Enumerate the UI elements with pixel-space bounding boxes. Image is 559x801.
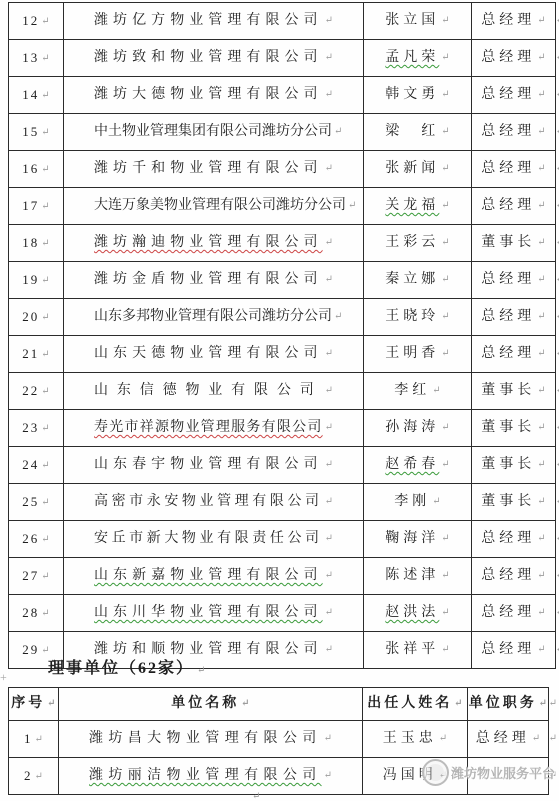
company-name-cell: 安丘市新大物业有限责任公司↵ bbox=[63, 521, 363, 557]
company-name-cell: 山东天德物业管理有限公司↵ bbox=[63, 336, 363, 372]
row-number-cell: 27↵ bbox=[9, 558, 63, 594]
header-serial-number: 序号↵ bbox=[9, 688, 58, 720]
cell-end-mark-icon: ↵ bbox=[537, 496, 545, 507]
row-number-cell: 1↵ bbox=[9, 721, 58, 757]
table-row: 16↵潍坊千和物业管理有限公司↵张新闻↵总经理↵↵ bbox=[9, 150, 555, 187]
person-name-cell: 赵希春↵ bbox=[363, 447, 471, 483]
table-row: 15↵中土物业管理集团有限公司潍坊分公司↵梁 红↵总经理↵↵ bbox=[9, 113, 555, 150]
cell-end-mark-icon: ↵ bbox=[41, 275, 49, 286]
row-end-mark-icon: ↵ bbox=[556, 447, 559, 483]
table-row: 17↵大连万象美物业管理有限公司潍坊分公司↵关龙福↵总经理↵↵ bbox=[9, 187, 555, 224]
row-end-mark-icon: ↵ bbox=[556, 114, 559, 150]
cell-end-mark-icon: ↵ bbox=[334, 126, 342, 137]
watermark-text: 潍坊物业服务平台 bbox=[451, 763, 555, 782]
cell-end-mark-icon: ↵ bbox=[325, 607, 333, 618]
position-cell: 总经理↵ bbox=[471, 40, 555, 76]
row-end-mark-icon: ↵ bbox=[556, 558, 559, 594]
row-end-mark-icon: ↵ bbox=[556, 595, 559, 631]
row-number-cell: 25↵ bbox=[9, 484, 63, 520]
table-row: 18↵潍坊瀚迪物业管理有限公司↵王彩云↵董事长↵↵ bbox=[9, 224, 555, 261]
position-cell: 董事长↵ bbox=[471, 225, 555, 261]
company-name-cell: 潍坊亿方物业管理有限公司↵ bbox=[63, 3, 363, 39]
row-end-mark-icon: ↵ bbox=[556, 3, 559, 39]
table-row: 20↵山东多邦物业管理有限公司潍坊分公司↵王晓玲↵总经理↵↵ bbox=[9, 298, 555, 335]
person-name-cell: 孙海涛↵ bbox=[363, 410, 471, 446]
table-row: 22↵山东信德物业有限公司↵李红↵董事长↵↵ bbox=[9, 372, 555, 409]
cell-end-mark-icon: ↵ bbox=[441, 459, 449, 470]
position-cell: 董事长↵ bbox=[471, 373, 555, 409]
cell-end-mark-icon: ↵ bbox=[537, 570, 545, 581]
cell-end-mark-icon: ↵ bbox=[454, 698, 462, 709]
company-name-cell: 潍坊丽洁物业管理有限公司↵ bbox=[58, 758, 362, 794]
person-name-cell: 王玉忠↵ bbox=[362, 721, 467, 757]
cell-end-mark-icon: ↵ bbox=[325, 52, 333, 63]
cell-end-mark-icon: ↵ bbox=[41, 238, 49, 249]
person-name-cell: 关龙福↵ bbox=[363, 188, 471, 224]
row-end-mark-icon: ↵ bbox=[556, 484, 559, 520]
cell-end-mark-icon: ↵ bbox=[441, 89, 449, 100]
person-name-cell: 陈述津↵ bbox=[363, 558, 471, 594]
position-cell: 总经理↵ bbox=[471, 336, 555, 372]
section-title-line: 理事单位（62家）↵ bbox=[48, 656, 205, 682]
cell-end-mark-icon: ↵ bbox=[325, 237, 333, 248]
row-number-cell: 20↵ bbox=[9, 299, 63, 335]
person-name-cell: 王明香↵ bbox=[363, 336, 471, 372]
cell-end-mark-icon: ↵ bbox=[325, 89, 333, 100]
cell-end-mark-icon: ↵ bbox=[441, 533, 449, 544]
cell-end-mark-icon: ↵ bbox=[537, 422, 545, 433]
cell-end-mark-icon: ↵ bbox=[41, 349, 49, 360]
company-name-cell: 高密市永安物业管理有限公司↵ bbox=[63, 484, 363, 520]
cell-end-mark-icon: ↵ bbox=[537, 163, 545, 174]
row-end-mark-icon: ↵ bbox=[556, 40, 559, 76]
table-row: 14↵潍坊大德物业管理有限公司↵韩文勇↵总经理↵↵ bbox=[9, 76, 555, 113]
header-unit-name: 单位名称↵ bbox=[58, 688, 362, 720]
cell-end-mark-icon: ↵ bbox=[41, 127, 49, 138]
cell-end-mark-icon: ↵ bbox=[441, 274, 449, 285]
row-number-cell: 15↵ bbox=[9, 114, 63, 150]
company-name-cell: 大连万象美物业管理有限公司潍坊分公司↵ bbox=[63, 188, 363, 224]
cell-end-mark-icon: ↵ bbox=[537, 607, 545, 618]
cell-end-mark-icon: ↵ bbox=[537, 311, 545, 322]
table-row: 13↵潍坊致和物业管理有限公司↵孟凡荣↵总经理↵↵ bbox=[9, 39, 555, 76]
cell-end-mark-icon: ↵ bbox=[325, 533, 333, 544]
cell-end-mark-icon: ↵ bbox=[41, 423, 49, 434]
cell-end-mark-icon: ↵ bbox=[441, 607, 449, 618]
table-row: 1↵潍坊昌大物业管理有限公司↵王玉忠↵总经理↵↵ bbox=[9, 720, 548, 757]
cell-end-mark-icon: ↵ bbox=[41, 386, 49, 397]
cell-end-mark-icon: ↵ bbox=[441, 570, 449, 581]
row-number-cell: 14↵ bbox=[9, 77, 63, 113]
cell-end-mark-icon: ↵ bbox=[439, 733, 447, 744]
cell-end-mark-icon: ↵ bbox=[325, 385, 333, 396]
cell-end-mark-icon: ↵ bbox=[537, 15, 545, 26]
cell-end-mark-icon: ↵ bbox=[441, 348, 449, 359]
row-number-cell: 22↵ bbox=[9, 373, 63, 409]
cell-end-mark-icon: ↵ bbox=[532, 733, 540, 744]
position-cell: 总经理↵ bbox=[471, 595, 555, 631]
cell-end-mark-icon: ↵ bbox=[432, 385, 440, 396]
cell-end-mark-icon: ↵ bbox=[432, 496, 440, 507]
cell-end-mark-icon: ↵ bbox=[41, 571, 49, 582]
cell-end-mark-icon: ↵ bbox=[441, 163, 449, 174]
row-end-mark-icon: ↵ bbox=[549, 721, 557, 757]
cell-end-mark-icon: ↵ bbox=[537, 200, 545, 211]
row-end-mark-icon: ↵ bbox=[556, 77, 559, 113]
cell-end-mark-icon: ↵ bbox=[441, 422, 449, 433]
cell-end-mark-icon: ↵ bbox=[537, 126, 545, 137]
cell-end-mark-icon: ↵ bbox=[35, 771, 43, 782]
table-row: 26↵安丘市新大物业有限责任公司↵鞠海洋↵总经理↵↵ bbox=[9, 520, 555, 557]
cell-end-mark-icon: ↵ bbox=[41, 90, 49, 101]
person-name-cell: 李红↵ bbox=[363, 373, 471, 409]
cell-end-mark-icon: ↵ bbox=[324, 733, 332, 744]
cell-end-mark-icon: ↵ bbox=[537, 348, 545, 359]
cell-end-mark-icon: ↵ bbox=[537, 52, 545, 63]
position-cell: 董事长↵ bbox=[471, 447, 555, 483]
cell-end-mark-icon: ↵ bbox=[41, 201, 49, 212]
row-end-mark-icon: ↵ bbox=[556, 299, 559, 335]
member-units-table: 12↵潍坊亿方物业管理有限公司↵张立国↵总经理↵↵13↵潍坊致和物业管理有限公司… bbox=[8, 2, 556, 669]
cell-end-mark-icon: ↵ bbox=[41, 608, 49, 619]
cell-end-mark-icon: ↵ bbox=[325, 422, 333, 433]
cell-end-mark-icon: ↵ bbox=[537, 274, 545, 285]
cell-end-mark-icon: ↵ bbox=[441, 15, 449, 26]
watermark: 潍坊物业服务平台 bbox=[422, 759, 555, 786]
company-name-cell: 潍坊千和物业管理有限公司↵ bbox=[63, 151, 363, 187]
row-number-cell: 28↵ bbox=[9, 595, 63, 631]
cell-end-mark-icon: ↵ bbox=[41, 645, 49, 656]
cell-end-mark-icon: ↵ bbox=[537, 459, 545, 470]
position-cell: 总经理↵ bbox=[471, 262, 555, 298]
platform-logo-icon bbox=[422, 759, 449, 786]
row-end-mark-icon: ↵ bbox=[556, 336, 559, 372]
company-name-cell: 山东川华物业管理有限公司↵ bbox=[63, 595, 363, 631]
cell-end-mark-icon: ↵ bbox=[537, 237, 545, 248]
table-row: 23↵寿光市祥源物业管理服务有限公司↵孙海涛↵董事长↵↵ bbox=[9, 409, 555, 446]
cell-end-mark-icon: ↵ bbox=[325, 459, 333, 470]
row-number-cell: 19↵ bbox=[9, 262, 63, 298]
position-cell: 总经理↵ bbox=[471, 521, 555, 557]
cell-end-mark-icon: ↵ bbox=[325, 496, 333, 507]
cell-end-mark-icon: ↵ bbox=[325, 274, 333, 285]
header-appointee-name: 出任人姓名↵ bbox=[362, 688, 467, 720]
person-name-cell: 张祥平↵ bbox=[363, 632, 471, 668]
cell-end-mark-icon: ↵ bbox=[441, 200, 449, 211]
row-end-mark-icon: ↵ bbox=[556, 521, 559, 557]
person-name-cell: 王晓玲↵ bbox=[363, 299, 471, 335]
cell-end-mark-icon: ↵ bbox=[441, 311, 449, 322]
row-number-cell: 21↵ bbox=[9, 336, 63, 372]
row-number-cell: 24↵ bbox=[9, 447, 63, 483]
company-name-cell: 潍坊瀚迪物业管理有限公司↵ bbox=[63, 225, 363, 261]
cell-end-mark-icon: ↵ bbox=[325, 348, 333, 359]
position-cell: 总经理↵ bbox=[471, 632, 555, 668]
person-name-cell: 秦立娜↵ bbox=[363, 262, 471, 298]
position-cell: 总经理↵ bbox=[471, 558, 555, 594]
position-cell: 总经理↵ bbox=[471, 299, 555, 335]
table-row: 19↵潍坊金盾物业管理有限公司↵秦立娜↵总经理↵↵ bbox=[9, 261, 555, 298]
company-name-cell: 潍坊大德物业管理有限公司↵ bbox=[63, 77, 363, 113]
paragraph-mark-icon: ↵ bbox=[252, 791, 260, 801]
cell-end-mark-icon: ↵ bbox=[539, 698, 547, 709]
section-title: 理事单位（62家） bbox=[48, 660, 194, 677]
cell-end-mark-icon: ↵ bbox=[41, 460, 49, 471]
cell-end-mark-icon: ↵ bbox=[537, 644, 545, 655]
table-row: 28↵山东川华物业管理有限公司↵赵洪法↵总经理↵↵ bbox=[9, 594, 555, 631]
table-row: 21↵山东天德物业管理有限公司↵王明香↵总经理↵↵ bbox=[9, 335, 555, 372]
position-cell: 总经理↵ bbox=[471, 114, 555, 150]
row-end-mark-icon: ↵ bbox=[556, 151, 559, 187]
cell-end-mark-icon: ↵ bbox=[41, 497, 49, 508]
row-end-mark-icon: ↵ bbox=[556, 225, 559, 261]
cell-end-mark-icon: ↵ bbox=[348, 200, 356, 211]
row-end-mark-icon: ↵ bbox=[556, 632, 559, 668]
company-name-cell: 中土物业管理集团有限公司潍坊分公司↵ bbox=[63, 114, 363, 150]
cell-end-mark-icon: ↵ bbox=[441, 644, 449, 655]
company-name-cell: 潍坊致和物业管理有限公司↵ bbox=[63, 40, 363, 76]
row-end-mark-icon: ↵ bbox=[556, 262, 559, 298]
cell-end-mark-icon: ↵ bbox=[441, 126, 449, 137]
cell-end-mark-icon: ↵ bbox=[325, 15, 333, 26]
cell-end-mark-icon: ↵ bbox=[537, 385, 545, 396]
cell-end-mark-icon: ↵ bbox=[47, 698, 55, 709]
cell-end-mark-icon: ↵ bbox=[41, 164, 49, 175]
row-end-mark-icon: ↵ bbox=[556, 410, 559, 446]
person-name-cell: 张新闻↵ bbox=[363, 151, 471, 187]
cell-end-mark-icon: ↵ bbox=[441, 237, 449, 248]
position-cell: 总经理↵ bbox=[471, 188, 555, 224]
cell-end-mark-icon: ↵ bbox=[441, 52, 449, 63]
cell-end-mark-icon: ↵ bbox=[334, 311, 342, 322]
person-name-cell: 赵洪法↵ bbox=[363, 595, 471, 631]
row-end-mark-icon: ↵ bbox=[556, 373, 559, 409]
table-handle-icon: + bbox=[0, 670, 7, 685]
cell-end-mark-icon: ↵ bbox=[41, 312, 49, 323]
person-name-cell: 梁 红↵ bbox=[363, 114, 471, 150]
row-number-cell: 16↵ bbox=[9, 151, 63, 187]
cell-end-mark-icon: ↵ bbox=[35, 734, 43, 745]
row-end-mark-icon: ↵ bbox=[549, 688, 557, 720]
cell-end-mark-icon: ↵ bbox=[537, 533, 545, 544]
row-number-cell: 13↵ bbox=[9, 40, 63, 76]
position-cell: 董事长↵ bbox=[471, 410, 555, 446]
row-number-cell: 12↵ bbox=[9, 3, 63, 39]
table-row: 25↵高密市永安物业管理有限公司↵李刚↵董事长↵↵ bbox=[9, 483, 555, 520]
cell-end-mark-icon: ↵ bbox=[324, 770, 332, 781]
position-cell: 总经理↵ bbox=[471, 3, 555, 39]
position-cell: 总经理↵ bbox=[471, 77, 555, 113]
cell-end-mark-icon: ↵ bbox=[537, 89, 545, 100]
table-header-row: 序号↵ 单位名称↵ 出任人姓名↵ 单位职务↵ ↵ bbox=[9, 688, 548, 720]
position-cell: 总经理↵ bbox=[471, 151, 555, 187]
table-row: 27↵山东新嘉物业管理有限公司↵陈述津↵总经理↵↵ bbox=[9, 557, 555, 594]
cell-end-mark-icon: ↵ bbox=[41, 53, 49, 64]
table-row: 12↵潍坊亿方物业管理有限公司↵张立国↵总经理↵↵ bbox=[9, 3, 555, 39]
company-name-cell: 寿光市祥源物业管理服务有限公司↵ bbox=[63, 410, 363, 446]
company-name-cell: 山东多邦物业管理有限公司潍坊分公司↵ bbox=[63, 299, 363, 335]
cell-end-mark-icon: ↵ bbox=[241, 698, 249, 709]
row-number-cell: 23↵ bbox=[9, 410, 63, 446]
person-name-cell: 王彩云↵ bbox=[363, 225, 471, 261]
cell-end-mark-icon: ↵ bbox=[325, 570, 333, 581]
row-number-cell: 18↵ bbox=[9, 225, 63, 261]
cell-end-mark-icon: ↵ bbox=[41, 534, 49, 545]
person-name-cell: 鞠海洋↵ bbox=[363, 521, 471, 557]
row-end-mark-icon: ↵ bbox=[556, 188, 559, 224]
position-cell: 董事长↵ bbox=[471, 484, 555, 520]
company-name-cell: 潍坊金盾物业管理有限公司↵ bbox=[63, 262, 363, 298]
company-name-cell: 山东新嘉物业管理有限公司↵ bbox=[63, 558, 363, 594]
paragraph-mark-icon: ↵ bbox=[197, 665, 205, 676]
person-name-cell: 李刚↵ bbox=[363, 484, 471, 520]
person-name-cell: 韩文勇↵ bbox=[363, 77, 471, 113]
row-number-cell: 2↵ bbox=[9, 758, 58, 794]
person-name-cell: 张立国↵ bbox=[363, 3, 471, 39]
company-name-cell: 潍坊昌大物业管理有限公司↵ bbox=[58, 721, 362, 757]
cell-end-mark-icon: ↵ bbox=[325, 163, 333, 174]
table-row: 24↵山东春宇物业管理有限公司↵赵希春↵董事长↵↵ bbox=[9, 446, 555, 483]
company-name-cell: 山东信德物业有限公司↵ bbox=[63, 373, 363, 409]
person-name-cell: 孟凡荣↵ bbox=[363, 40, 471, 76]
position-cell: 总经理↵ bbox=[467, 721, 548, 757]
cell-end-mark-icon: ↵ bbox=[41, 16, 49, 27]
row-number-cell: 26↵ bbox=[9, 521, 63, 557]
company-name-cell: 山东春宇物业管理有限公司↵ bbox=[63, 447, 363, 483]
cell-end-mark-icon: ↵ bbox=[325, 644, 333, 655]
row-number-cell: 17↵ bbox=[9, 188, 63, 224]
header-unit-position: 单位职务↵ bbox=[467, 688, 548, 720]
